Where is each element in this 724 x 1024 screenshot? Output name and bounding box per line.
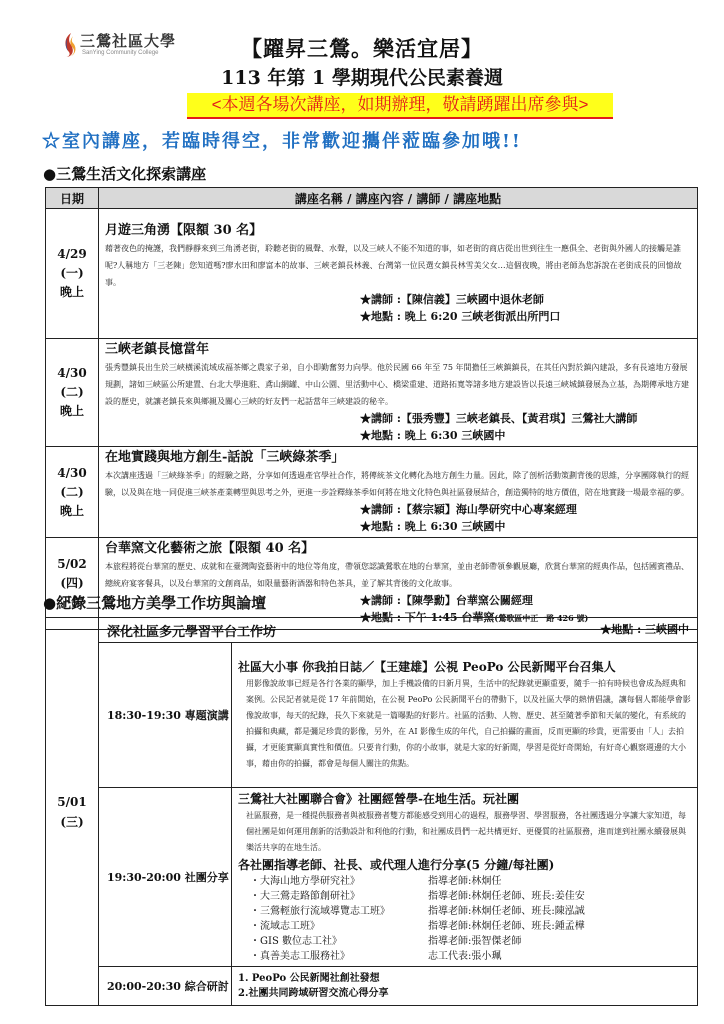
lecture-table: 日期 講座名稱 / 講座內容 / 講師 / 講座地點 4/29 (一) 晚上 月…	[45, 187, 698, 630]
club-item: ・大海山地方學研究社》指導老師:林炯任	[238, 874, 691, 889]
table-row: 5/02 (四) 下午 台華窯文化藝術之旅【限額 40 名】 本旅程將從台華窯的…	[46, 538, 698, 630]
time-of-day: 晚上	[46, 283, 98, 302]
weekday-value: (二)	[46, 483, 98, 502]
column-header-date: 日期	[46, 188, 99, 209]
club-item: ・真善美志工服務社》志工代表:張小珮	[238, 949, 691, 964]
weekday-value: (三)	[46, 812, 98, 832]
session-row: 19:30-20:00 社團分享 三鶯社大社團聯合會》社團經營學-在地生活。玩社…	[46, 788, 698, 967]
club-item: ・三鶯輕旅行流域導覽志工班》指導老師:林炯任老師、班長:陳泓誠	[238, 904, 691, 919]
session-time: 20:00-20:30 綜合研討	[99, 967, 232, 1006]
lecture-details: 三峽老鎮長憶當年 張秀豐鎮長出生於三峽橫溪流域成福茶鄉之農家子弟，自小即勤奮努力…	[99, 339, 698, 447]
lecture-title: 台華窯文化藝術之旅【限額 40 名】	[105, 540, 691, 558]
session-content: 社區大小事 你我拍日誌／【王建雄】公視 PeoPo 公民新聞平台召集人 用影像說…	[232, 643, 698, 788]
club-item: ・流域志工班》指導老師:林炯任老師、班長:鍾孟樺	[238, 919, 691, 934]
session-row: 20:00-20:30 綜合研討 1. PeoPo 公民新聞社創社發想 2.社團…	[46, 967, 698, 1006]
session-title: 社區大小事 你我拍日誌／【王建雄】公視 PeoPo 公民新聞平台召集人	[238, 658, 691, 676]
workshop-date: 5/01 (三)	[46, 618, 99, 1006]
discussion-item: 2.社團共同跨域研習交流心得分享	[238, 986, 691, 1001]
club-name: ・真善美志工服務社》	[250, 949, 428, 964]
lecture-description: 本旅程將從台華窯的歷史、成就和在臺灣陶瓷藝術中的地位等角度，帶領您認識鶯歌在地的…	[105, 558, 691, 592]
lecture-date: 4/29 (一) 晚上	[46, 209, 99, 339]
session-time: 18:30-19:30 專題演講	[99, 643, 232, 788]
lecture-location: ★地點 : 晚上 6:20 三峽老街派出所門口	[105, 308, 691, 325]
session-time: 19:30-20:00 社團分享	[99, 788, 232, 967]
weekday-value: (一)	[46, 264, 98, 283]
club-lead: 指導老師:林炯任	[428, 876, 501, 887]
date-value: 5/02	[46, 555, 98, 574]
workshop-title-cell: 深化社區多元學習平台工作坊 ★地點 : 三峽國中	[99, 618, 698, 643]
lecture-location: ★地點 : 晚上 6:30 三峽國中	[105, 427, 691, 444]
session-description: 用影像說故事已經是各行各業的顯學，加上手機設備的日新月異，生活中的紀錄就更顯重要…	[238, 676, 691, 772]
session-description: 社區服務，是一種提供服務者與被服務者雙方都能感受到用心的過程，服務學習、學習服務…	[238, 808, 691, 856]
club-name: ・流域志工班》	[250, 919, 428, 934]
club-item: ・GIS 數位志工社》指導老師:張智傑老師	[238, 934, 691, 949]
lecture-description: 張秀豐鎮長出生於三峽橫溪流域成福茶鄉之農家子弟，自小即勤奮努力向學。他於民國 6…	[105, 359, 691, 410]
lecture-title: 在地實踐與地方創生-話說「三峽綠茶季」	[105, 449, 691, 467]
session-title: 三鶯社大社團聯合會》社團經營學-在地生活。玩社團	[238, 790, 691, 808]
club-lead: 指導老師:林炯任老師、班長:鍾孟樺	[428, 921, 585, 932]
lecture-speaker: ★講師 :【陳信義】三峽國中退休老師	[105, 291, 691, 308]
lecture-speaker: ★講師 :【張秀豐】三峽老鎮長、【黃君琪】三鶯社大講師	[105, 410, 691, 427]
lecture-date: 5/02 (四) 下午	[46, 538, 99, 630]
club-lead: 指導老師:林炯任老師、班長:陳泓誠	[428, 906, 585, 917]
club-lead: 指導老師:林炯任老師、班長:姜佳安	[428, 891, 585, 902]
lecture-description: 本次講座透過「三峽綠茶季」的經驗之路，分享如何透過產官學社合作，將傳統茶文化轉化…	[105, 467, 691, 501]
lecture-speaker: ★講師 :【蔡宗穎】海山學研究中心專案經理	[105, 501, 691, 518]
invitation-text: ☆室內講座，若臨時得空，非常歡迎攜伴蒞臨參加哦!!	[42, 127, 522, 153]
club-share-heading: 各社團指導老師、社長、或代理人進行分享(5 分鐘/每社團)	[238, 856, 691, 874]
workshop-header-row: 5/01 (三) 深化社區多元學習平台工作坊 ★地點 : 三峽國中	[46, 618, 698, 643]
club-name: ・GIS 數位志工社》	[250, 934, 428, 949]
discussion-item: 1. PeoPo 公民新聞社創社發想	[238, 971, 691, 986]
column-header-details: 講座名稱 / 講座內容 / 講師 / 講座地點	[99, 188, 698, 209]
club-item: ・大三鶯走路節創研社》指導老師:林炯任老師、班長:姜佳安	[238, 889, 691, 904]
flyer-page: 三鶯社區大學 SanYing Community College 【躍昇三鶯。樂…	[0, 0, 724, 1024]
lecture-date: 4/30 (二) 晚上	[46, 339, 99, 447]
lecture-title: 月遊三角湧【限額 30 名】	[105, 222, 691, 240]
weekday-value: (二)	[46, 383, 98, 402]
page-title: 【躍昇三鶯。樂活宜居】	[0, 33, 724, 63]
table-header-row: 日期 講座名稱 / 講座內容 / 講師 / 講座地點	[46, 188, 698, 209]
page-subtitle: 113 年第 1 學期現代公民素養週	[0, 63, 724, 90]
section-title-workshop: ●紀錄三鶯地方美學工作坊與論壇	[43, 592, 266, 613]
club-lead: 指導老師:張智傑老師	[428, 936, 521, 947]
lecture-details: 台華窯文化藝術之旅【限額 40 名】 本旅程將從台華窯的歷史、成就和在臺灣陶瓷藝…	[99, 538, 698, 630]
workshop-table: 5/01 (三) 深化社區多元學習平台工作坊 ★地點 : 三峽國中 18:30-…	[45, 617, 698, 1006]
table-row: 4/30 (二) 晚上 三峽老鎮長憶當年 張秀豐鎮長出生於三峽橫溪流域成福茶鄉之…	[46, 339, 698, 447]
workshop-title: 深化社區多元學習平台工作坊	[107, 625, 276, 640]
highlight-notice: <本週各場次講座，如期辦理，敬請踴躍出席參與>	[187, 93, 613, 119]
section-title-lectures: ●三鶯生活文化探索講座	[43, 163, 206, 184]
lecture-location: ★地點 : 晚上 6:30 三峽國中	[105, 518, 691, 535]
lecture-details: 月遊三角湧【限額 30 名】 藉著夜色的掩護，我們靜靜來到三角湧老街，聆聽老街的…	[99, 209, 698, 339]
time-of-day: 晚上	[46, 402, 98, 421]
lecture-description: 藉著夜色的掩護，我們靜靜來到三角湧老街，聆聽老街的風聲、水聲，以及三峽人不能不知…	[105, 240, 691, 291]
club-name: ・大三鶯走路節創研社》	[250, 889, 428, 904]
lecture-date: 4/30 (二) 晚上	[46, 447, 99, 538]
lecture-details: 在地實踐與地方創生-話說「三峽綠茶季」 本次講座透過「三峽綠茶季」的經驗之路，分…	[99, 447, 698, 538]
session-content: 三鶯社大社團聯合會》社團經營學-在地生活。玩社團 社區服務，是一種提供服務者與被…	[232, 788, 698, 967]
workshop-location: ★地點 : 三峽國中	[600, 621, 689, 637]
lecture-title: 三峽老鎮長憶當年	[105, 341, 691, 359]
time-of-day: 晚上	[46, 502, 98, 521]
session-row: 18:30-19:30 專題演講 社區大小事 你我拍日誌／【王建雄】公視 Peo…	[46, 643, 698, 788]
table-row: 4/29 (一) 晚上 月遊三角湧【限額 30 名】 藉著夜色的掩護，我們靜靜來…	[46, 209, 698, 339]
club-name: ・大海山地方學研究社》	[250, 874, 428, 889]
club-name: ・三鶯輕旅行流域導覽志工班》	[250, 904, 428, 919]
date-value: 5/01	[46, 792, 98, 812]
date-value: 4/30	[46, 364, 98, 383]
date-value: 4/29	[46, 245, 98, 264]
table-row: 4/30 (二) 晚上 在地實踐與地方創生-話說「三峽綠茶季」 本次講座透過「三…	[46, 447, 698, 538]
date-value: 4/30	[46, 464, 98, 483]
club-lead: 志工代表:張小珮	[428, 951, 501, 962]
session-content: 1. PeoPo 公民新聞社創社發想 2.社團共同跨域研習交流心得分享	[232, 967, 698, 1006]
weekday-value: (四)	[46, 574, 98, 593]
